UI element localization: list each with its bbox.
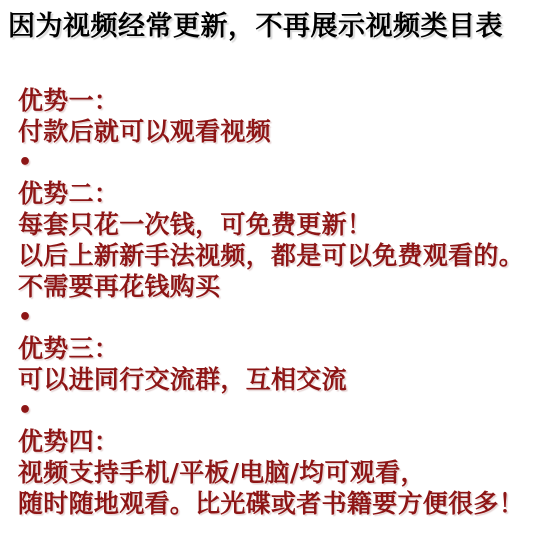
advantage-3-heading: 优势三：: [18, 333, 530, 364]
advantage-4-line-2: 随时随地观看。比光碟或者书籍要方便很多！: [18, 488, 530, 519]
advantage-4-line-1: 视频支持手机/平板/电脑/均可观看，: [18, 457, 530, 488]
advantage-4-heading: 优势四：: [18, 426, 530, 457]
advantages-list: 优势一： 付款后就可以观看视频 • 优势二： 每套只花一次钱，可免费更新！ 以后…: [18, 85, 530, 519]
advantage-1-line-1: 付款后就可以观看视频: [18, 116, 530, 147]
bullet-separator-1: •: [18, 147, 530, 178]
advantage-2-line-2: 以后上新新手法视频，都是可以免费观看的。: [18, 240, 530, 271]
promo-page: 因为视频经常更新，不再展示视频类目表 优势一： 付款后就可以观看视频 • 优势二…: [0, 0, 536, 536]
advantage-2-line-3: 不需要再花钱购买: [18, 271, 530, 302]
bullet-separator-2: •: [18, 302, 530, 333]
advantage-2-heading: 优势二：: [18, 178, 530, 209]
bullet-separator-3: •: [18, 395, 530, 426]
advantage-2-line-1: 每套只花一次钱，可免费更新！: [18, 209, 530, 240]
advantage-3-line-1: 可以进同行交流群，互相交流: [18, 364, 530, 395]
page-title: 因为视频经常更新，不再展示视频类目表: [8, 10, 536, 44]
advantage-1-heading: 优势一：: [18, 85, 530, 116]
